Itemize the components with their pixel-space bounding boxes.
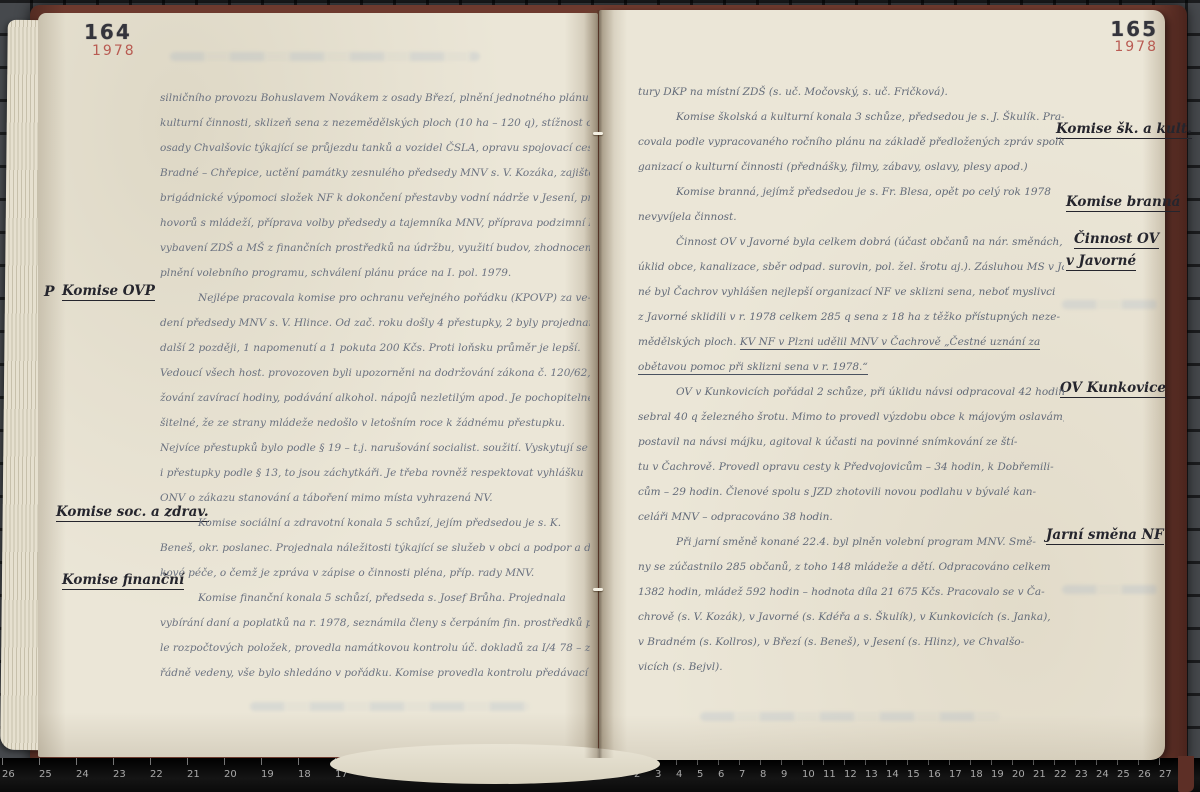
chronicle-photo-scene: 2625242322212019181716151413121110 23456… (0, 0, 1200, 792)
page-number-left: 164 (84, 20, 132, 44)
ruler-number: 11 (823, 769, 844, 780)
handwriting-line: covala podle vypracovaného ročního plánu… (638, 130, 1064, 155)
showthrough-ghost (1062, 300, 1158, 309)
ruler-number: 22 (150, 769, 187, 780)
ruler-number: 18 (298, 769, 335, 780)
binding-stitch (593, 132, 603, 135)
handwriting-line: ny se zúčastnilo 285 občanů, z toho 148 … (638, 555, 1064, 580)
ruler-number: 27 (1159, 769, 1180, 780)
handwriting-line: le rozpočtových položek, provedla namátk… (160, 636, 590, 661)
handwriting-line: kulturní činnosti, sklizeň sena z nezemě… (160, 111, 590, 136)
handwriting-line: úklid obce, kanalizace, sběr odpad. suro… (638, 255, 1064, 280)
handwriting-line: Nejvíce přestupků bylo podle § 19 – t.j.… (160, 436, 590, 461)
ruler-number: 24 (76, 769, 113, 780)
handwriting-line: Komise školská a kulturní konala 3 schůz… (638, 105, 1064, 130)
handwriting-line: dení předsedy MNV s. V. Hlince. Od zač. … (160, 311, 590, 336)
handwriting-line: kové péče, o čemž je zpráva v zápise o č… (160, 561, 590, 586)
showthrough-ghost (170, 52, 480, 61)
ruler-number: 26 (2, 769, 39, 780)
margin-note-komise-ovp: Komise OVP (62, 283, 155, 301)
handwriting-line: žování zavírací hodiny, podávání alkohol… (160, 386, 590, 411)
page-number-right: 165 (1100, 17, 1158, 41)
ruler-number: 13 (865, 769, 886, 780)
handwriting-line: osady Chvalšovic týkající se průjezdu ta… (160, 136, 590, 161)
ruler-number: 24 (1096, 769, 1117, 780)
ruler-number: 20 (224, 769, 261, 780)
margin-note-v-javorne: v Javorné (1066, 253, 1136, 271)
handwriting-line: Komise branná, jejímž předsedou je s. Fr… (638, 180, 1064, 205)
ruler-number: 14 (886, 769, 907, 780)
ruler-number: 15 (907, 769, 928, 780)
handwriting-line: šitelné, že ze strany mládeže nedošlo v … (160, 411, 590, 436)
handwriting-line: celáři MNV – odpracováno 38 hodin. (638, 505, 1064, 530)
showthrough-ghost (250, 702, 530, 711)
ruler-number: 19 (991, 769, 1012, 780)
handwriting-line: tury DKP na místní ZDŠ (s. uč. Močovský,… (638, 80, 1064, 105)
handwriting-line: tu v Čachrově. Provedl opravu cesty k Př… (638, 455, 1064, 480)
ruler-number: 7 (739, 769, 760, 780)
handwriting-line: brigádnické výpomoci složek NF k dokonče… (160, 186, 590, 211)
handwriting-line: obětavou pomoc při sklizni sena v r. 197… (638, 355, 1064, 380)
handwriting-line: Nejlépe pracovala komise pro ochranu veř… (160, 286, 590, 311)
handwriting-line: silničního provozu Bohuslavem Novákem z … (160, 86, 590, 111)
ruler-number: 3 (655, 769, 676, 780)
handwriting-line: hovorů s mládeží, příprava volby předsed… (160, 211, 590, 236)
handwriting-line: Beneš, okr. poslanec. Projednala náležit… (160, 536, 590, 561)
handwriting-line: vicích (s. Bejvl). (638, 655, 1064, 680)
handwriting-line: Komise sociální a zdravotní konala 5 sch… (160, 511, 590, 536)
underlined-handwriting: obětavou pomoc při sklizni sena v r. 197… (638, 361, 868, 375)
handwriting-line: sebral 40 q železného šrotu. Mimo to pro… (638, 405, 1064, 430)
ruler-number: 12 (844, 769, 865, 780)
handwriting-line: ganizací o kulturní činnosti (přednášky,… (638, 155, 1064, 180)
ruler-number: 20 (1012, 769, 1033, 780)
cover-corner (1178, 756, 1194, 792)
handwriting-line: Vedoucí všech host. provozoven byli upoz… (160, 361, 590, 386)
handwriting-line: 1382 hodin, mládež 592 hodin – hodnota d… (638, 580, 1064, 605)
handwriting-column-left: silničního provozu Bohuslavem Novákem z … (160, 86, 590, 694)
handwriting-line: mědělských ploch. KV NF v Plzni udělil M… (638, 330, 1064, 355)
handwriting-line: další 2 později, 1 napomenutí a 1 pokuta… (160, 336, 590, 361)
ruler-number: 23 (1075, 769, 1096, 780)
handwriting-line: né byl Čachrov vyhlášen nejlepší organiz… (638, 280, 1064, 305)
handwriting-line: Bradné – Chřepice, uctění památky zesnul… (160, 161, 590, 186)
margin-note-cinnost-ov: Činnost OV (1074, 231, 1159, 249)
handwriting-line: plnění volebního programu, schválení plá… (160, 261, 590, 286)
handwriting-line: vybírání daní a poplatků na r. 1978, sez… (160, 611, 590, 636)
ruler-number: 16 (928, 769, 949, 780)
ruler-number: 25 (39, 769, 76, 780)
ruler-number: 22 (1054, 769, 1075, 780)
handwriting-line: v Bradném (s. Kollros), v Březí (s. Bene… (638, 630, 1064, 655)
ruler-number: 26 (1138, 769, 1159, 780)
handwriting-line: Při jarní směně konané 22.4. byl plněn v… (638, 530, 1064, 555)
binding-stitch (593, 588, 603, 591)
margin-ink-artifact: P (44, 284, 55, 300)
ruler-number: 4 (676, 769, 697, 780)
handwriting-line: cům – 29 hodin. Členové spolu s JZD zhot… (638, 480, 1064, 505)
ruler-number: 21 (187, 769, 224, 780)
underlined-handwriting: KV NF v Plzni udělil MNV v Čachrově „Čes… (740, 336, 1040, 350)
handwriting-line: ONV o zákazu stanování a táboření mimo m… (160, 486, 590, 511)
ruler-number: 18 (970, 769, 991, 780)
handwriting-line: OV v Kunkovicích pořádal 2 schůze, při ú… (638, 380, 1064, 405)
ruler-number: 9 (781, 769, 802, 780)
showthrough-ghost (1062, 585, 1158, 594)
handwriting-line: nevyvíjela činnost. (638, 205, 1064, 230)
handwriting-line: Komise finanční konala 5 schůzí, předsed… (160, 586, 590, 611)
ruler-number: 5 (697, 769, 718, 780)
handwriting-line: i přestupky podle § 13, to jsou záchytká… (160, 461, 590, 486)
handwriting-line: řádně vedeny, vše bylo shledáno v pořádk… (160, 661, 590, 686)
ruler-number: 21 (1033, 769, 1054, 780)
ruler-number: 19 (261, 769, 298, 780)
handwriting-line: z Javorné sklidili v r. 1978 celkem 285 … (638, 305, 1064, 330)
margin-note-komise-sk-kult: Komise šk. a kult. (1056, 121, 1192, 139)
margin-note-komise-branna: Komise branná (1066, 194, 1180, 212)
handwriting-line: Činnost OV v Javorné byla celkem dobrá (… (638, 230, 1064, 255)
handwriting-line: vybavení ZDŠ a MŠ z finančních prostředk… (160, 236, 590, 261)
ruler-number: 23 (113, 769, 150, 780)
ruler-number: 25 (1117, 769, 1138, 780)
ruler-number: 6 (718, 769, 739, 780)
ruler-number: 10 (802, 769, 823, 780)
showthrough-ghost (700, 712, 1000, 721)
ruler-number: 8 (760, 769, 781, 780)
handwriting-line: chrově (s. V. Kozák), v Javorné (s. Kdéř… (638, 605, 1064, 630)
year-stamp-left: 1978 (92, 43, 136, 59)
year-stamp-right: 1978 (1108, 39, 1158, 55)
handwriting-line: postavil na návsi májku, agitoval k účas… (638, 430, 1064, 455)
ruler-number: 17 (949, 769, 970, 780)
margin-note-ov-kunkovice: OV Kunkovice (1060, 380, 1166, 398)
ruler-numbers-right: 2345678910111213141516171819202122232425… (634, 769, 1200, 780)
handwriting-column-right: tury DKP na místní ZDŠ (s. uč. Močovský,… (638, 80, 1064, 692)
